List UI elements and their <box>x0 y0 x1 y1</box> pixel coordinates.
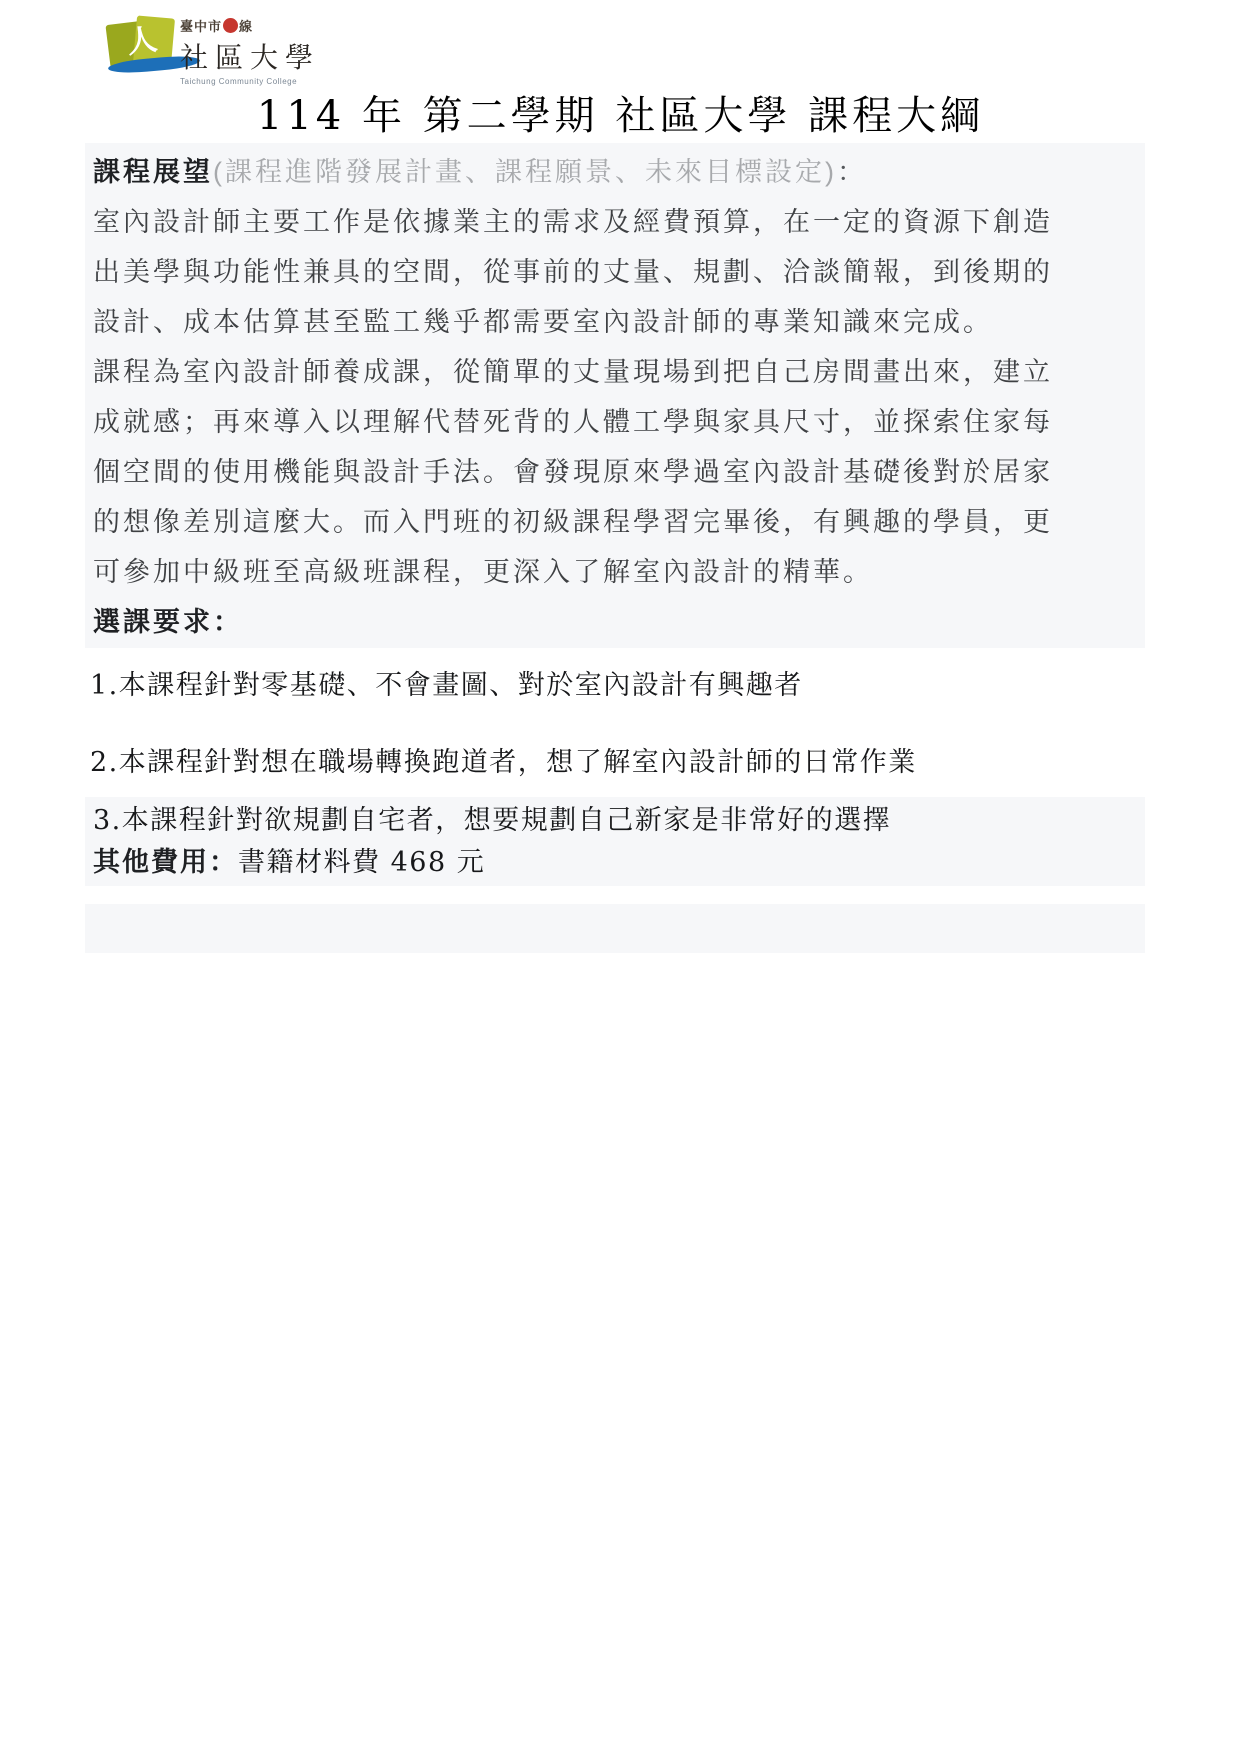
logo-text: 臺中市 線 社區大學 Taichung Community College <box>180 16 320 86</box>
course-outlook-paragraph-1: 室內設計師主要工作是依據業主的需求及經費預算，在一定的資源下創造 出美學與功能性… <box>93 197 1135 347</box>
requirement-item-3: 3.本課程針對欲規劃自宅者，想要規劃自己新家是非常好的選擇 <box>93 801 1135 841</box>
other-fee-label: 其他費用： <box>93 847 238 877</box>
other-fee-section: 3.本課程針對欲規劃自宅者，想要規劃自己新家是非常好的選擇 其他費用：書籍材料費… <box>85 797 1145 886</box>
document-page: 人 臺中市 線 社區大學 Taichung Community College … <box>0 0 1241 1755</box>
requirement-item-1: 1.本課程針對零基礎、不會畫圖、對於室內設計有興趣者 <box>90 663 803 702</box>
requirement-item-2: 2.本課程針對想在職場轉換跑道者，想了解室內設計師的日常作業 <box>90 740 917 779</box>
logo-region-suffix: 線 <box>239 16 253 35</box>
course-outlook-heading: 課程展望(課程進階發展計畫、課程願景、未來目標設定)： <box>93 147 1135 197</box>
logo-region-line: 臺中市 線 <box>180 16 320 35</box>
course-outlook-paragraph-2: 課程為室內設計師養成課，從簡單的丈量現場到把自己房間畫出來，建立 成就感；再來導… <box>93 347 1135 597</box>
page-title: 114 年 第二學期 社區大學 課程大綱 <box>0 84 1241 141</box>
logo-name: 社區大學 <box>180 36 320 76</box>
course-requirements-heading: 選課要求： <box>93 597 1135 647</box>
logo-mark: 人 <box>108 16 178 74</box>
course-outlook-heading-bold: 課程展望 <box>93 157 213 187</box>
other-fee-line: 其他費用：書籍材料費 468 元 <box>93 841 1135 888</box>
other-fee-value: 書籍材料費 468 元 <box>238 847 485 878</box>
logo-region-text: 臺中市 <box>180 16 222 35</box>
logo: 人 臺中市 線 社區大學 Taichung Community College <box>108 14 338 82</box>
course-outlook-heading-colon: ： <box>837 157 867 187</box>
logo-seal-icon <box>223 18 238 33</box>
course-outlook-heading-note: (課程進階發展計畫、課程願景、未來目標設定) <box>213 157 837 187</box>
empty-section-band <box>85 904 1145 953</box>
course-outlook-section: 課程展望(課程進階發展計畫、課程願景、未來目標設定)： 室內設計師主要工作是依據… <box>85 143 1145 648</box>
